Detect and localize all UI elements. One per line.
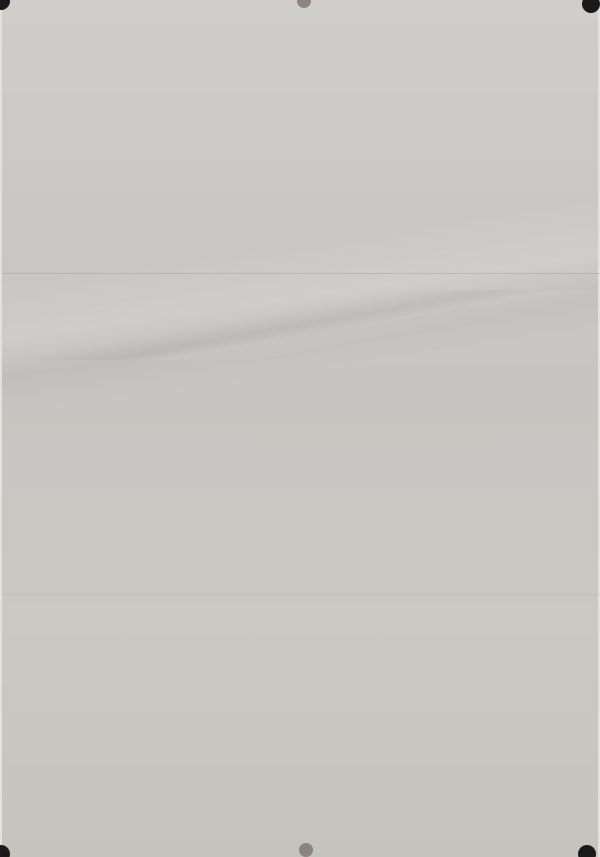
magnet-bottom-center xyxy=(299,843,313,857)
paper-crease xyxy=(2,273,600,274)
magnet-bottom-right xyxy=(578,845,596,857)
blank-paper-sheet xyxy=(0,0,600,857)
paper-fold xyxy=(2,290,600,360)
paper-crease xyxy=(2,594,600,595)
